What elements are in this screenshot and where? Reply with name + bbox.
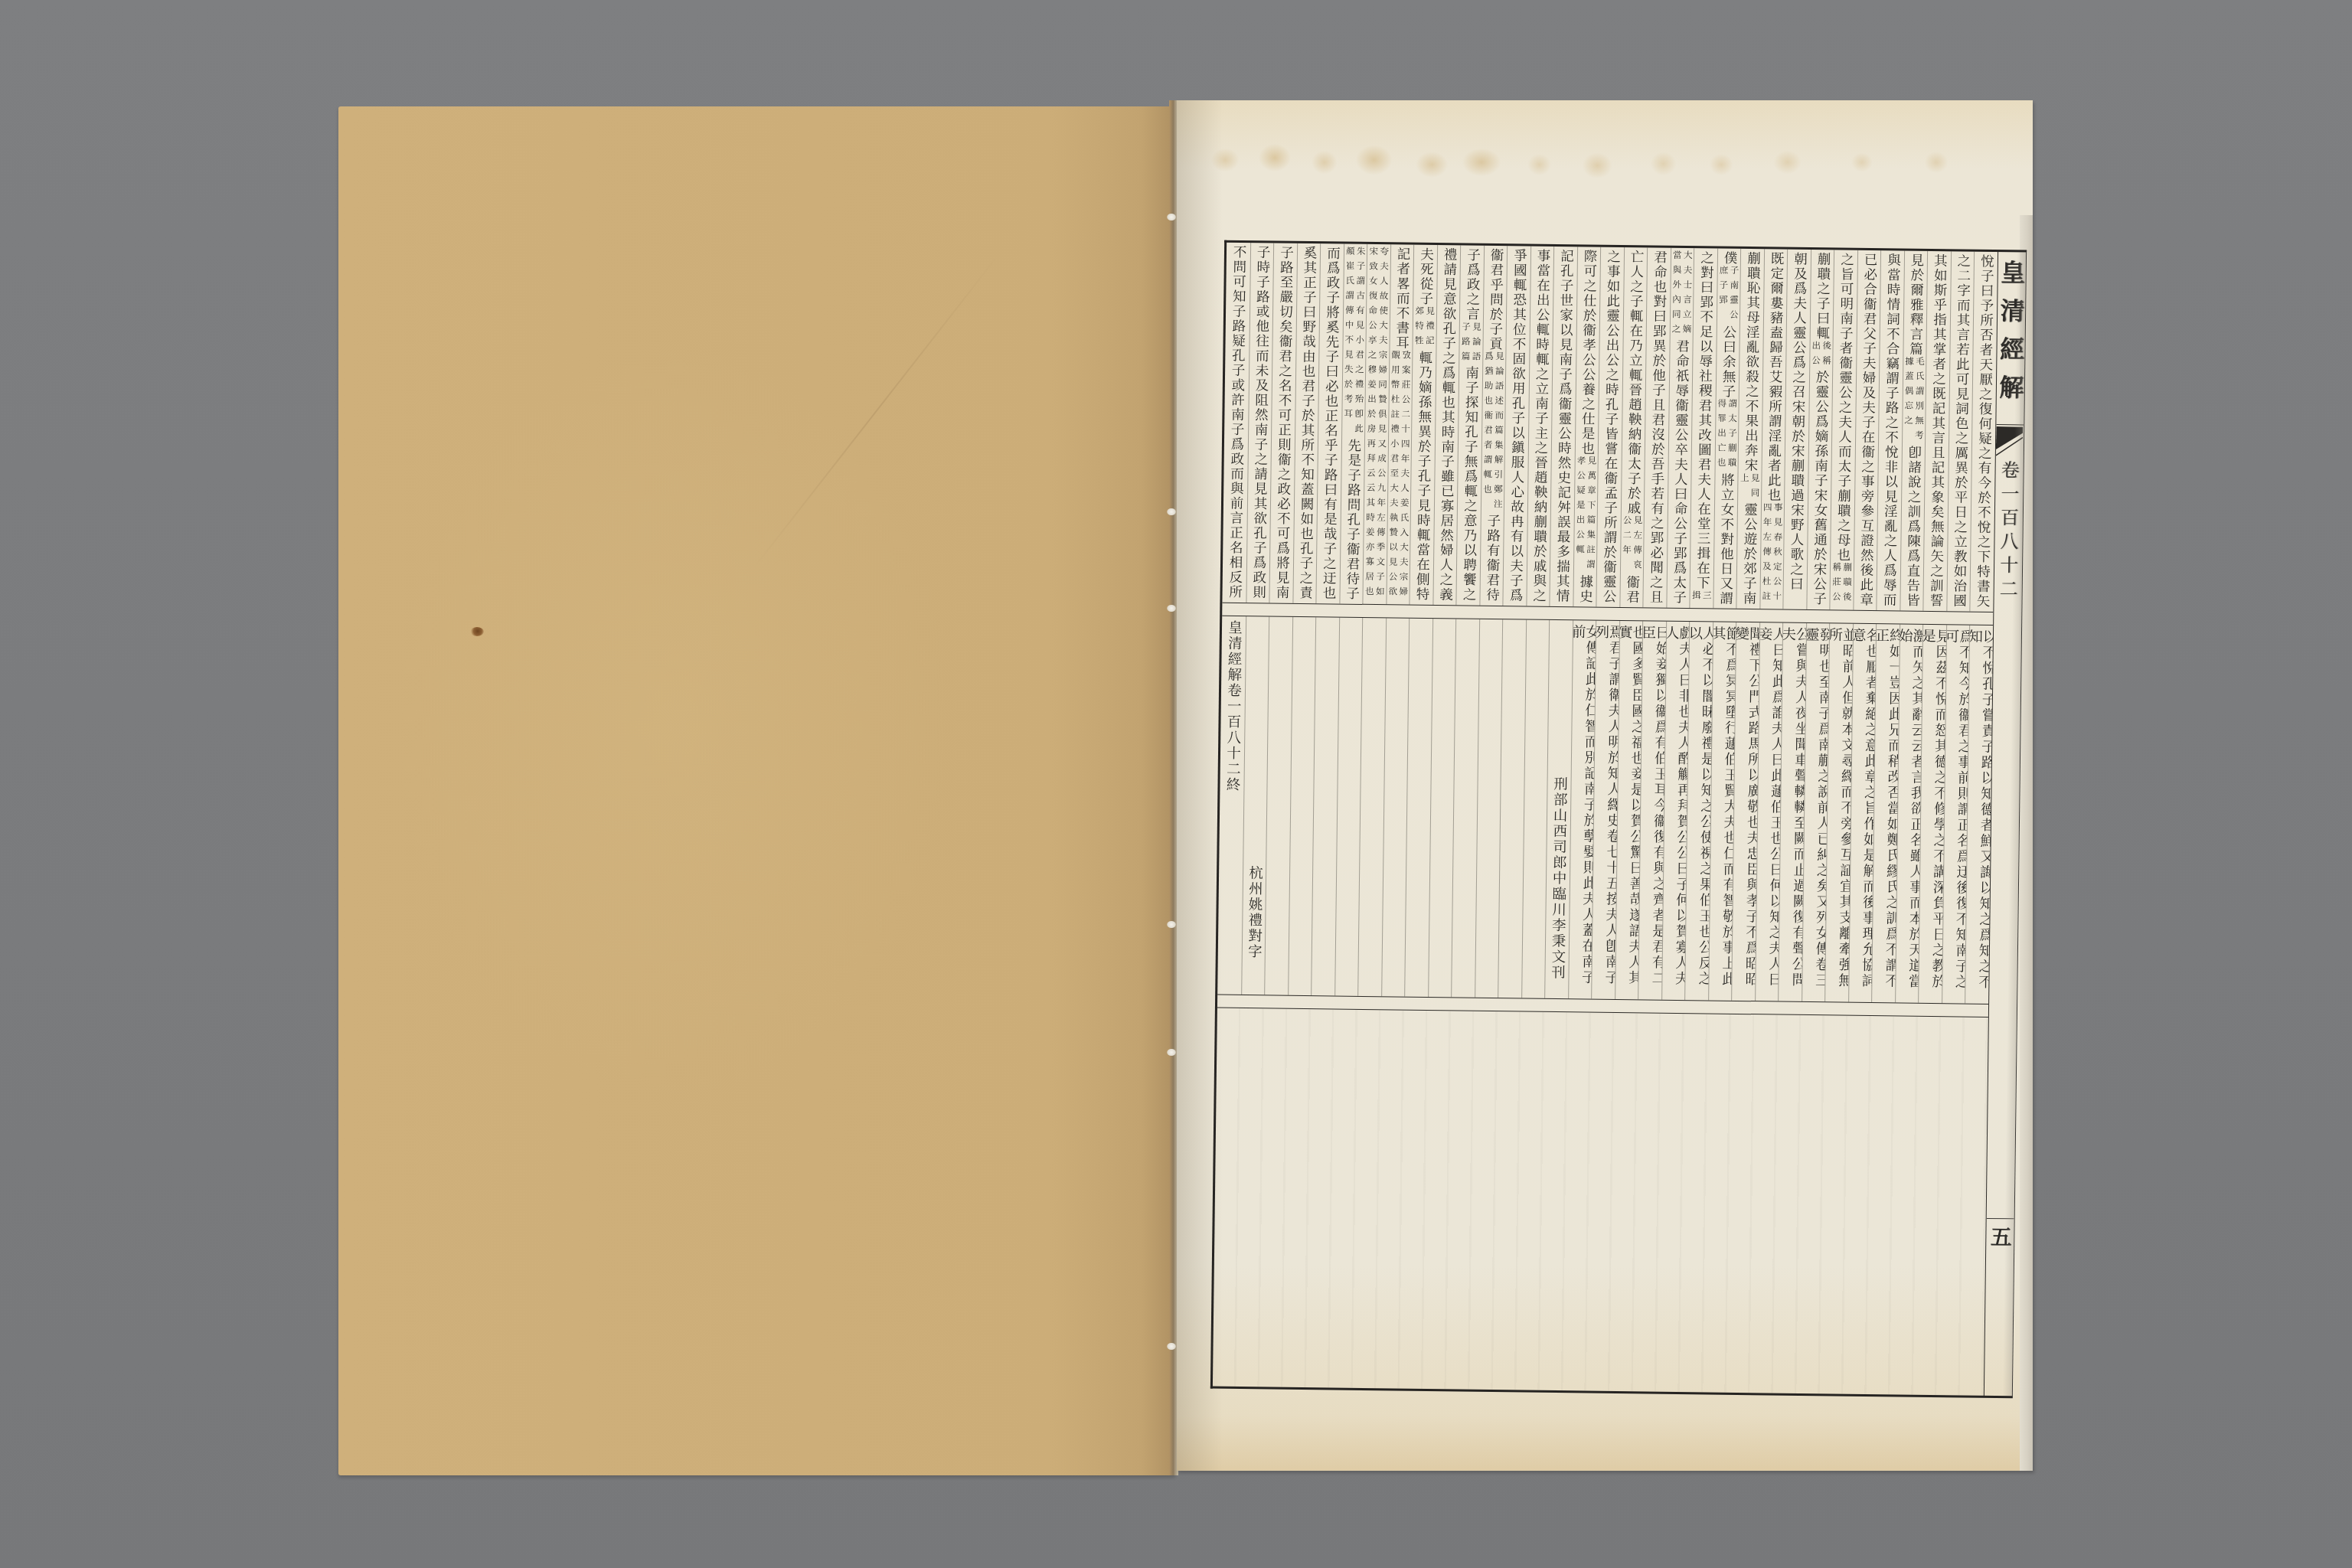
main-text: 子路至嚴切矣衞君之名不可正則衞之政必不可爲將見南 [1274, 246, 1292, 600]
annotation-note: 事見春秋定公十四年左傳及杜註 [1761, 502, 1783, 606]
main-text: 不問可知子路疑孔子或許南子爲政而與前言正名相反所 [1227, 245, 1245, 599]
main-text: 與當時情詞不合竊謂子路之不悅非以見淫亂之人爲辱而 [1881, 253, 1899, 607]
main-text: 君命祇辱衞靈公卒夫人曰命公子郢爲太子 [1671, 339, 1688, 606]
main-text: 先是子路問孔子衞君待子 [1344, 439, 1360, 602]
upper-text-block: 悅子曰予所否者天厭之復何疑之有今於不悅之下特書矢 之二字而其言若此可見詞色之厲異… [1222, 243, 1997, 612]
annotation-note: 見論語述而篇集解引鄭注爲猶助也衞君者謂輒也 [1482, 351, 1505, 514]
main-text: 子爲政之言 [1465, 248, 1479, 322]
note-line: 後稱 [1821, 341, 1831, 371]
main-text: 夫死從子 [1418, 247, 1432, 306]
annotation-note: 三揖 [1691, 590, 1712, 606]
note-line: 毛氏謂別無考 [1914, 357, 1925, 446]
note-line: 見同 [1749, 473, 1759, 503]
binding-hole [1167, 921, 1176, 928]
note-line: 謂太子蒯聵 [1726, 399, 1737, 473]
main-text: 衞君 [1625, 575, 1638, 605]
note-line: 當與外內同之 [1671, 250, 1681, 339]
main-text: 據史 [1578, 574, 1592, 604]
main-text: 君命也對曰郢異於他子且君沒於吾手若有之郢必聞之且 [1648, 250, 1665, 604]
note-line: 出公 [1811, 341, 1821, 371]
chapter-end-marker: 皇清經解卷一百八十二終 [1224, 620, 1240, 793]
proofreader-credit: 杭州姚禮對字 [1246, 865, 1262, 959]
main-text: 衞君乎問於子貢 [1488, 248, 1502, 351]
main-text: 之事如此靈公出公之時孔子皆嘗在衞孟子所謂於衞靈公 [1601, 250, 1619, 604]
main-text: 既定爾婁豬盍歸吾艾豭所謂淫亂者此也 [1766, 251, 1783, 502]
annotation-note: 見萬章下篇集註謂孝公疑是出公輒 [1575, 456, 1597, 574]
paper-crease [752, 256, 998, 570]
main-text: 子時子路或他往而未及阻然南子之請見其欲孔子爲政則 [1251, 245, 1269, 599]
annotation-note: 見禮記郊特牲 [1414, 306, 1436, 351]
annotation-note: 朱子謂古有見小君之禮殆卽此顏崔氏謂傳中不見失於考耳 [1343, 247, 1366, 439]
main-text: 禮請見意欲孔子之爲輒也其時南子雖已寡居然婦人之義 [1438, 247, 1455, 602]
printed-frame: 悅子曰予所否者天厭之復何疑之有今於不悅之下特書矢 之二字而其言若此可見詞色之厲異… [1210, 240, 2027, 1399]
annotation-note: 蒯聵後稱莊公 [1831, 563, 1853, 607]
engraver-credit: 刑部山西司郎中臨川李秉文刊 [1550, 776, 1566, 980]
annotation-note: 見同上 [1739, 472, 1759, 502]
main-text: 之二字而其言若此可見詞色之厲異於平日之立教如治國 [1952, 253, 1969, 608]
note-line: 子路篇 [1460, 322, 1471, 366]
binding-hole [1167, 214, 1176, 220]
main-text: 爭國輒恐其位不固欲用孔子以鎭服人心故冉有以夫子爲 [1508, 248, 1525, 603]
main-text: 之對曰郢不足以辱社稷君其改圖君夫人在堂三揖在下 [1695, 250, 1713, 590]
note-line: 蒯聵後 [1842, 563, 1853, 607]
binding-hole [1167, 1343, 1176, 1350]
annotation-note: 子南靈公庶子郢 [1718, 266, 1739, 325]
note-line: 見論語 [1471, 322, 1481, 366]
note-line: 大夫士言立嫡 [1681, 250, 1692, 339]
note-line: 見禮記 [1425, 306, 1436, 351]
binding-hole [1167, 508, 1176, 515]
paper-stain-spot [470, 627, 484, 636]
annotation-note: 謂太子蒯聵得罪出亡也 [1716, 399, 1737, 473]
main-text: 公曰余無子 [1720, 325, 1735, 399]
annotation-note: 毛氏謂別無考據蓋偶忘之 [1903, 357, 1925, 446]
annotation-note: 夸夫人故使大夫宗婦同贄俱見又成公九年左傳季文子如宋致女復命公享之穆姜出於房再拜云… [1364, 247, 1390, 601]
foxing-stains [1192, 137, 2019, 183]
note-line: 見論語述而篇集解引鄭注 [1493, 351, 1505, 514]
main-text: 朝及爲夫人靈公爲之召宋朝於宋蒯聵過宋野人歌之曰 [1788, 252, 1806, 592]
main-text: 其如斯乎指其掌者之既記其言且記其象矣無論矢之訓誓 [1928, 253, 1945, 608]
binding-hole [1167, 1049, 1176, 1056]
main-text: 亡人之子輒在乃立輒晉趙鞅納衞太子於戚 [1625, 250, 1642, 516]
note-line: 得罪出亡也 [1716, 399, 1726, 473]
annotation-note: 攷案莊公二十四年夫人姜氏入大夫宗婦覿用幣杜註禮小君至大夫執贄以見公欲 [1387, 350, 1411, 601]
main-text: 僕 [1722, 251, 1736, 266]
main-text: 已必合衞君父子夫婦及夫子在衞之事旁參互證然後此章 [1858, 253, 1876, 607]
main-text: 際可之仕於衞孝公公養之仕是也 [1579, 249, 1596, 456]
annotation-note: 大夫士言立嫡當與外內同之 [1671, 250, 1692, 339]
note-line: 朱子謂古有見小君之禮殆卽此 [1354, 247, 1366, 439]
note-line: 子南靈公 [1729, 266, 1739, 325]
note-line: 事見春秋定公十 [1772, 503, 1783, 606]
annotation-note: 見左傳哀公二年 [1622, 515, 1643, 575]
main-text: 靈公遊於郊子南 [1741, 502, 1756, 606]
note-line: 公二年 [1622, 515, 1632, 574]
main-text: 輒乃嫡孫無異於子孔子見時輒當在側特 [1414, 351, 1431, 602]
main-text: 見於爾雅釋言篇 [1908, 253, 1922, 357]
note-line: 三 [1702, 590, 1712, 605]
annotation-note: 後稱出公 [1811, 341, 1831, 371]
note-line: 庶子郢 [1718, 266, 1729, 325]
annotation-note: 見論語子路篇 [1460, 322, 1481, 366]
left-page-blank-endpaper [338, 106, 1175, 1475]
note-line: 稱莊公 [1831, 563, 1842, 607]
binding-hole [1167, 605, 1176, 612]
note-line: 揖 [1691, 590, 1701, 605]
main-text: 記孔子世家以見南子爲衞靈公時然史記舛誤最多揣其情 [1554, 249, 1572, 603]
main-text: 將立女不對他日又謂 [1718, 472, 1733, 606]
main-text: 南子探知孔子無爲輒之意乃以聘饗之 [1461, 366, 1477, 603]
lower-text-block: 以不悅孔子嘗責子路以知德者鮮又誨以知之爲知之不知 爲不知今於衞君之事前則謂正名爲… [1217, 616, 1992, 1004]
main-text: 蒯聵恥其母淫亂欲殺之不果出奔宋 [1743, 251, 1759, 473]
note-line: 上 [1739, 472, 1749, 502]
main-text: 而爲政子將奚先子曰必也正名乎子路曰有是哉子之迂也 [1321, 246, 1338, 600]
main-text: 悅子曰予所否者天厭之復何疑之有今於不悅之下特書矢 [1975, 254, 1992, 609]
blank-lower-block [1213, 1008, 1988, 1396]
main-text: 之旨可明南子者衞靈公之夫人而太子蒯聵之母也 [1835, 252, 1852, 562]
main-text: 卽諸說之訓爲陳爲直告皆 [1905, 445, 1920, 608]
note-line: 見萬章下篇集註謂 [1586, 456, 1597, 575]
note-line: 四年左傳及杜註 [1761, 502, 1772, 606]
main-text: 於靈公爲嫡孫南子宋女舊通於宋公子 [1811, 371, 1828, 607]
main-text: 蒯聵之子曰輒 [1815, 252, 1829, 341]
note-line: 郊特牲 [1414, 306, 1425, 351]
note-line: 孝公疑是出公輒 [1575, 456, 1586, 574]
main-text: 事當在出公輒時輒之立南子主之晉趙鞅納蒯聵於戚與之 [1531, 249, 1549, 603]
note-line: 見左傳哀 [1632, 516, 1643, 575]
main-text: 子路有衞君待 [1485, 514, 1499, 603]
note-line: 爲猶助也衞君者謂輒也 [1482, 351, 1494, 514]
main-text: 記者畧而不書耳 [1394, 247, 1409, 350]
main-text: 奚其正子曰野哉由也君子於其所不知蓋闕如也孔子之責 [1298, 246, 1315, 600]
note-line: 據蓋偶忘之 [1903, 357, 1914, 446]
